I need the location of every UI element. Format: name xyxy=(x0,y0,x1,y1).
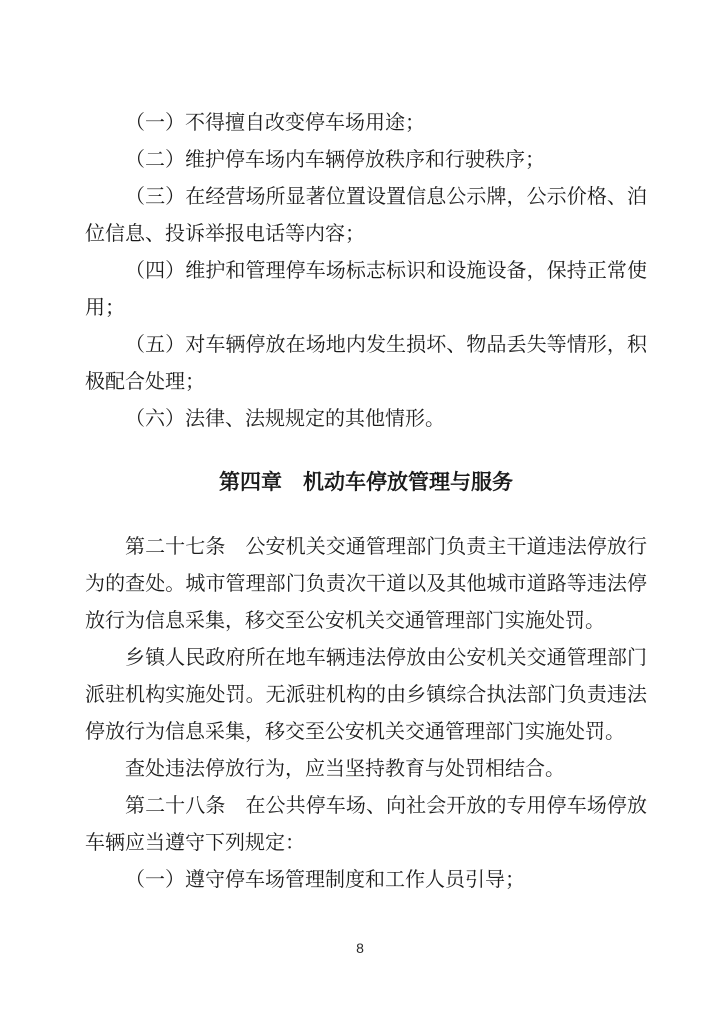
list-item: （一）不得擅自改变停车场用途； xyxy=(85,105,647,142)
paragraph: 乡镇人民政府所在地车辆违法停放由公安机关交通管理部门派驻机构实施处罚。无派驻机构… xyxy=(85,640,647,751)
list-item: （三）在经营场所显著位置设置信息公示牌，公示价格、泊位信息、投诉举报电话等内容； xyxy=(85,179,647,253)
paragraph: 第二十七条 公安机关交通管理部门负责主干道违法停放行为的查处。城市管理部门负责次… xyxy=(85,529,647,640)
list-item: （一）遵守停车场管理制度和工作人员引导； xyxy=(85,862,647,899)
document-page: （一）不得擅自改变停车场用途；（二）维护停车场内车辆停放秩序和行驶秩序；（三）在… xyxy=(0,0,720,1018)
chapter-heading: 第四章 机动车停放管理与服务 xyxy=(85,464,647,501)
page-number: 8 xyxy=(0,938,720,958)
paragraph: 第二十八条 在公共停车场、向社会开放的专用停车场停放车辆应当遵守下列规定： xyxy=(85,788,647,862)
list-item: （二）维护停车场内车辆停放秩序和行驶秩序； xyxy=(85,142,647,179)
list-item: （五）对车辆停放在场地内发生损坏、物品丢失等情形，积极配合处理； xyxy=(85,327,647,401)
list-item: （四）维护和管理停车场标志标识和设施设备，保持正常使用； xyxy=(85,253,647,327)
paragraph: 查处违法停放行为，应当坚持教育与处罚相结合。 xyxy=(85,751,647,788)
list-item: （六）法律、法规规定的其他情形。 xyxy=(85,401,647,438)
document-body: （一）不得擅自改变停车场用途；（二）维护停车场内车辆停放秩序和行驶秩序；（三）在… xyxy=(85,105,647,899)
